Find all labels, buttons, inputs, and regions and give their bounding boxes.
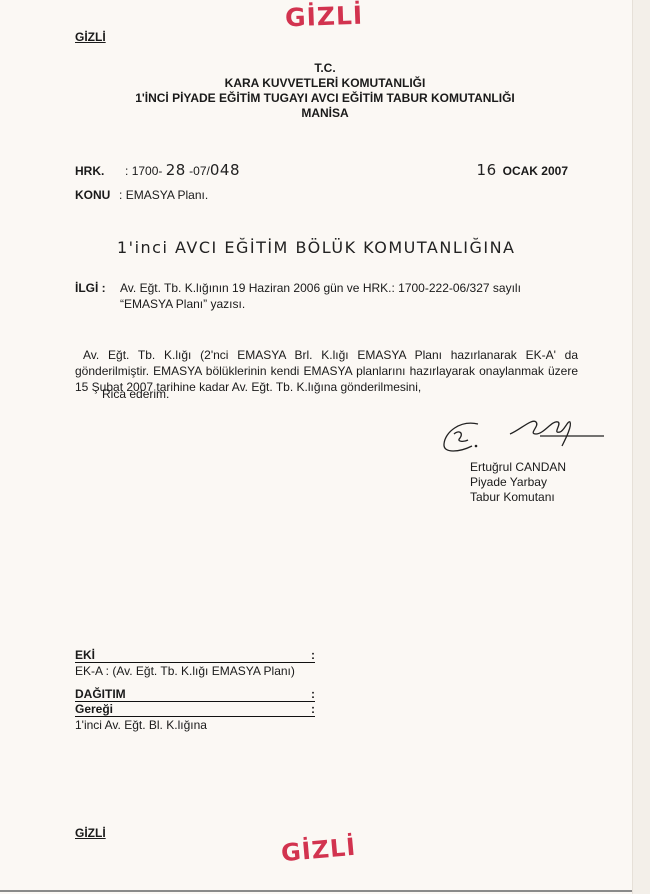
annex-heading: EKİ : [75, 648, 315, 663]
signature-icon [440, 412, 620, 462]
date-month-year: OCAK 2007 [503, 164, 568, 178]
reference-prefix: : 1700- [125, 164, 162, 178]
distribution-action-colon: : [311, 702, 315, 716]
distribution-action-heading: Gereği : [75, 702, 315, 717]
classification-label-top: GİZLİ [75, 30, 106, 44]
distribution-colon: : [311, 687, 315, 701]
classification-stamp-bottom: GİZLİ [280, 833, 357, 867]
distribution-heading: DAĞITIM : [75, 687, 315, 702]
reference-handwritten-1: 28 [166, 161, 186, 179]
letterhead-line-2: KARA KUVVETLERİ KOMUTANLIĞI [0, 76, 650, 91]
related-text-line-1: Av. Eğt. Tb. K.lığının 19 Haziran 2006 g… [120, 280, 600, 296]
annex-item: EK-A : (Av. Eğt. Tb. K.lığı EMASYA Planı… [75, 663, 315, 679]
subject-label: KONU [75, 188, 110, 202]
letterhead-line-1: T.C. [0, 61, 650, 76]
distribution-recipient: 1'inci Av. Eğt. Bl. K.lığına [75, 717, 315, 733]
distribution-action-label: Gereği [75, 702, 113, 716]
distribution-label: DAĞITIM [75, 687, 126, 701]
subject-value: : EMASYA Planı. [119, 188, 208, 202]
signatory-title: Tabur Komutanı [470, 490, 566, 505]
letterhead-line-4: MANİSA [0, 106, 650, 121]
page-edge [632, 0, 650, 894]
letterhead: T.C. KARA KUVVETLERİ KOMUTANLIĞI 1'İNCİ … [0, 61, 650, 121]
signatory-rank: Piyade Yarbay [470, 475, 566, 490]
page-bottom-edge [0, 890, 632, 892]
reference-handwritten-2: 048 [210, 161, 240, 179]
document-date: 16OCAK 2007 [477, 161, 568, 179]
reference-label: HRK. [75, 164, 104, 178]
annex-colon: : [311, 648, 315, 662]
signature-block: Ertuğrul CANDAN Piyade Yarbay Tabur Komu… [470, 460, 566, 505]
related-label: İLGİ : [75, 280, 106, 296]
annex-distribution-block: EKİ : EK-A : (Av. Eğt. Tb. K.lığı EMASYA… [75, 648, 315, 733]
classification-stamp-top: GİZLİ [285, 1, 364, 33]
reference-number: HRK. : 1700- 28 -07/048 [75, 161, 240, 179]
closing-phrase: Rica ederim. [102, 387, 169, 401]
letterhead-line-3: 1'İNCİ PİYADE EĞİTİM TUGAYI AVCI EĞİTİM … [0, 91, 650, 106]
annex-label: EKİ [75, 648, 95, 662]
classification-label-bottom: GİZLİ [75, 826, 106, 840]
addressee-handwritten: 1'inci AVCI EĞİTİM BÖLÜK KOMUTANLIĞINA [117, 238, 515, 257]
subject: KONU : EMASYA Planı. [75, 188, 208, 202]
related-reference: İLGİ : Av. Eğt. Tb. K.lığının 19 Haziran… [75, 280, 600, 312]
signatory-name: Ertuğrul CANDAN [470, 460, 566, 475]
reference-middle: -07/ [189, 164, 210, 178]
related-text-line-2: “EMASYA Planı” yazısı. [120, 296, 600, 312]
date-day-handwritten: 16 [477, 161, 497, 179]
